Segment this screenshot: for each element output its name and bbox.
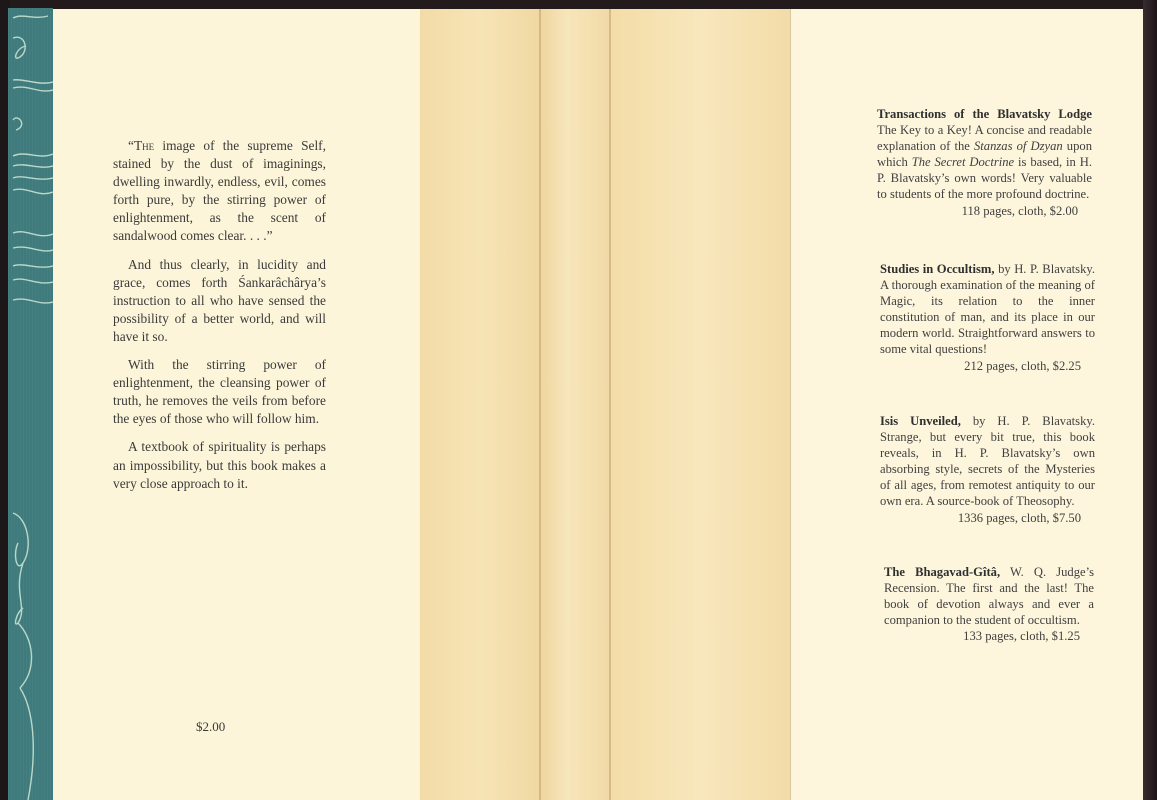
book-description: by H. P. Blavatsky. A thorough examinati… xyxy=(880,262,1095,356)
fold-line xyxy=(539,9,541,800)
book-description: The Key to a Key! A concise and readable… xyxy=(877,123,1092,201)
jacket-spine xyxy=(540,9,610,800)
blurb-paragraph: A textbook of spirituality is perhaps an… xyxy=(113,438,326,492)
jacket-price: $2.00 xyxy=(196,719,225,735)
italic-title-text: The Secret Doctrine xyxy=(912,155,1014,169)
book-meta: 212 pages, cloth, $2.25 xyxy=(880,358,1095,374)
background-edge-right xyxy=(1143,0,1157,800)
blurb-lead-smallcaps: “The xyxy=(128,138,154,153)
book-listing: The Bhagavad-Gîtâ, W. Q. Judge’s Recensi… xyxy=(884,564,1094,644)
decorative-swirl-pattern-icon xyxy=(8,8,53,800)
fold-line xyxy=(609,9,611,800)
description-text: by H. P. Blavatsky. Strange, but every b… xyxy=(880,414,1095,508)
book-meta: 133 pages, cloth, $1.25 xyxy=(884,628,1094,644)
italic-title-text: Stanzas of Dzyan xyxy=(974,139,1063,153)
description-text: by H. P. Blavatsky. A thorough examinati… xyxy=(880,262,1095,356)
book-cloth-binding xyxy=(8,8,53,800)
book-listing: Isis Unveiled, by H. P. Blavatsky. Stran… xyxy=(880,413,1095,526)
blurb-paragraph: With the stirring power of enlightenment… xyxy=(113,356,326,428)
blurb-paragraph: And thus clearly, in lucidity and grace,… xyxy=(113,256,326,346)
book-listing: Studies in Occultism, by H. P. Blavatsky… xyxy=(880,261,1095,374)
book-listing: Transactions of the Blavatsky Lodge The … xyxy=(877,106,1092,219)
book-meta: 1336 pages, cloth, $7.50 xyxy=(880,510,1095,526)
book-description: by H. P. Blavatsky. Strange, but every b… xyxy=(880,414,1095,508)
book-title: Transactions of the Blavatsky Lodge xyxy=(877,107,1092,121)
book-meta: 118 pages, cloth, $2.00 xyxy=(877,203,1092,219)
book-title: Isis Unveiled, xyxy=(880,414,961,428)
blurb-paragraph-text: image of the supreme Self, stained by th… xyxy=(113,138,326,243)
jacket-back-flap: Transactions of the Blavatsky Lodge The … xyxy=(790,9,1144,800)
background-edge-top xyxy=(0,0,1157,9)
book-title: The Bhagavad-Gîtâ, xyxy=(884,565,1000,579)
book-title: Studies in Occultism, xyxy=(880,262,995,276)
jacket-front-flap: “The image of the supreme Self, stained … xyxy=(53,9,420,800)
blurb-paragraph: “The image of the supreme Self, stained … xyxy=(113,137,326,246)
jacket-front-cover xyxy=(610,9,790,800)
jacket-back-cover xyxy=(420,9,540,800)
flap-blurb: “The image of the supreme Self, stained … xyxy=(113,137,326,503)
